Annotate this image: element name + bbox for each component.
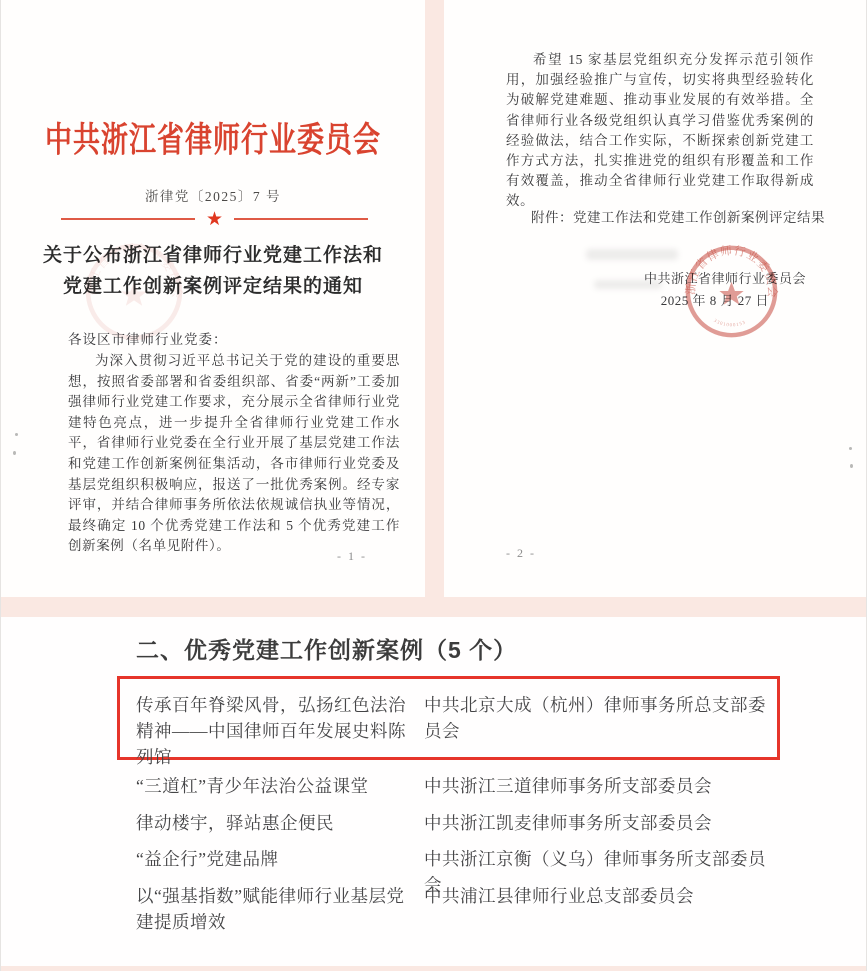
- case-org: 中共浙江三道律师事务所支部委员会: [424, 773, 776, 799]
- scan-speck: [850, 464, 853, 468]
- page2-body-paragraph: 希望 15 家基层党组织充分发挥示范引领作用，加强经验推广与宣传，切实将典型经验…: [506, 50, 814, 212]
- scan-speck: [15, 433, 18, 436]
- document-viewer: 中共浙江省律师行业委员会 浙律党〔2025〕7 号 ★ 关于公布浙江省律师行业党…: [0, 0, 867, 971]
- case-list-section: 二、优秀党建工作创新案例（5 个） 传承百年脊梁风骨，弘扬红色法治精神——中国律…: [1, 617, 867, 966]
- case-org: 中共浦江县律师行业总支部委员会: [424, 883, 776, 935]
- attachment-line: 附件：党建工作法和党建工作创新案例评定结果: [531, 206, 825, 226]
- case-row-5: 以“强基指数”赋能律师行业基层党建提质增效 中共浦江县律师行业总支部委员会: [136, 883, 776, 935]
- case-row-2: “三道杠”青少年法治公益课堂 中共浙江三道律师事务所支部委员会: [136, 773, 776, 799]
- case-org: 中共浙江凯麦律师事务所支部委员会: [424, 810, 776, 836]
- bottom-edge-band: [1, 966, 867, 971]
- page-2: 希望 15 家基层党组织充分发挥示范引领作用，加强经验推广与宣传，切实将典型经验…: [444, 0, 867, 597]
- rule-segment-right: [234, 218, 368, 220]
- document-title-line2: 党建工作创新案例评定结果的通知: [1, 271, 425, 302]
- scanned-pages: 中共浙江省律师行业委员会 浙律党〔2025〕7 号 ★ 关于公布浙江省律师行业党…: [1, 0, 867, 597]
- red-header-org-title: 中共浙江省律师行业委员会: [1, 112, 425, 162]
- scan-speck: [849, 447, 852, 450]
- rule-segment-left: [61, 218, 195, 220]
- case-name: 以“强基指数”赋能律师行业基层党建提质增效: [136, 883, 408, 935]
- scan-smudge: [586, 249, 678, 260]
- document-number: 浙律党〔2025〕7 号: [1, 185, 425, 205]
- document-title-line1: 关于公布浙江省律师行业党建工作法和: [1, 240, 425, 271]
- seal-serial-number: 3301000153: [713, 319, 748, 329]
- page1-body-paragraph: 为深入贯彻习近平总书记关于党的建设的重要思想，按照省委部署和省委组织部、省委“两…: [68, 351, 400, 557]
- case-name: “三道杠”青少年法治公益课堂: [136, 773, 408, 799]
- scan-speck: [13, 451, 16, 455]
- section-heading: 二、优秀党建工作创新案例（5 个）: [136, 632, 517, 665]
- document-title: 关于公布浙江省律师行业党建工作法和 党建工作创新案例评定结果的通知: [1, 240, 425, 302]
- case-name: 传承百年脊梁风骨，弘扬红色法治精神——中国律师百年发展史料陈列馆: [136, 692, 408, 770]
- svg-text:3301000153: 3301000153: [713, 319, 748, 329]
- salutation: 各设区市律师行业党委：: [68, 328, 228, 348]
- star-icon: ★: [206, 210, 223, 229]
- case-row-1: 传承百年脊梁风骨，弘扬红色法治精神——中国律师百年发展史料陈列馆 中共北京大成（…: [136, 692, 776, 770]
- case-name: 律动楼宇，驿站惠企便民: [136, 810, 408, 836]
- page-gap: [425, 0, 444, 597]
- red-divider-rule: ★: [61, 208, 368, 230]
- page1-number: - 1 -: [337, 549, 367, 564]
- signature-date: 2025 年 8 月 27 日: [661, 290, 769, 309]
- case-row-3: 律动楼宇，驿站惠企便民 中共浙江凯麦律师事务所支部委员会: [136, 810, 776, 836]
- page2-number: - 2 -: [506, 546, 536, 561]
- separator-band: [1, 597, 867, 617]
- signature-org: 中共浙江省律师行业委员会: [644, 268, 806, 287]
- page-1: 中共浙江省律师行业委员会 浙律党〔2025〕7 号 ★ 关于公布浙江省律师行业党…: [1, 0, 425, 597]
- case-org: 中共北京大成（杭州）律师事务所总支部委员会: [424, 692, 776, 770]
